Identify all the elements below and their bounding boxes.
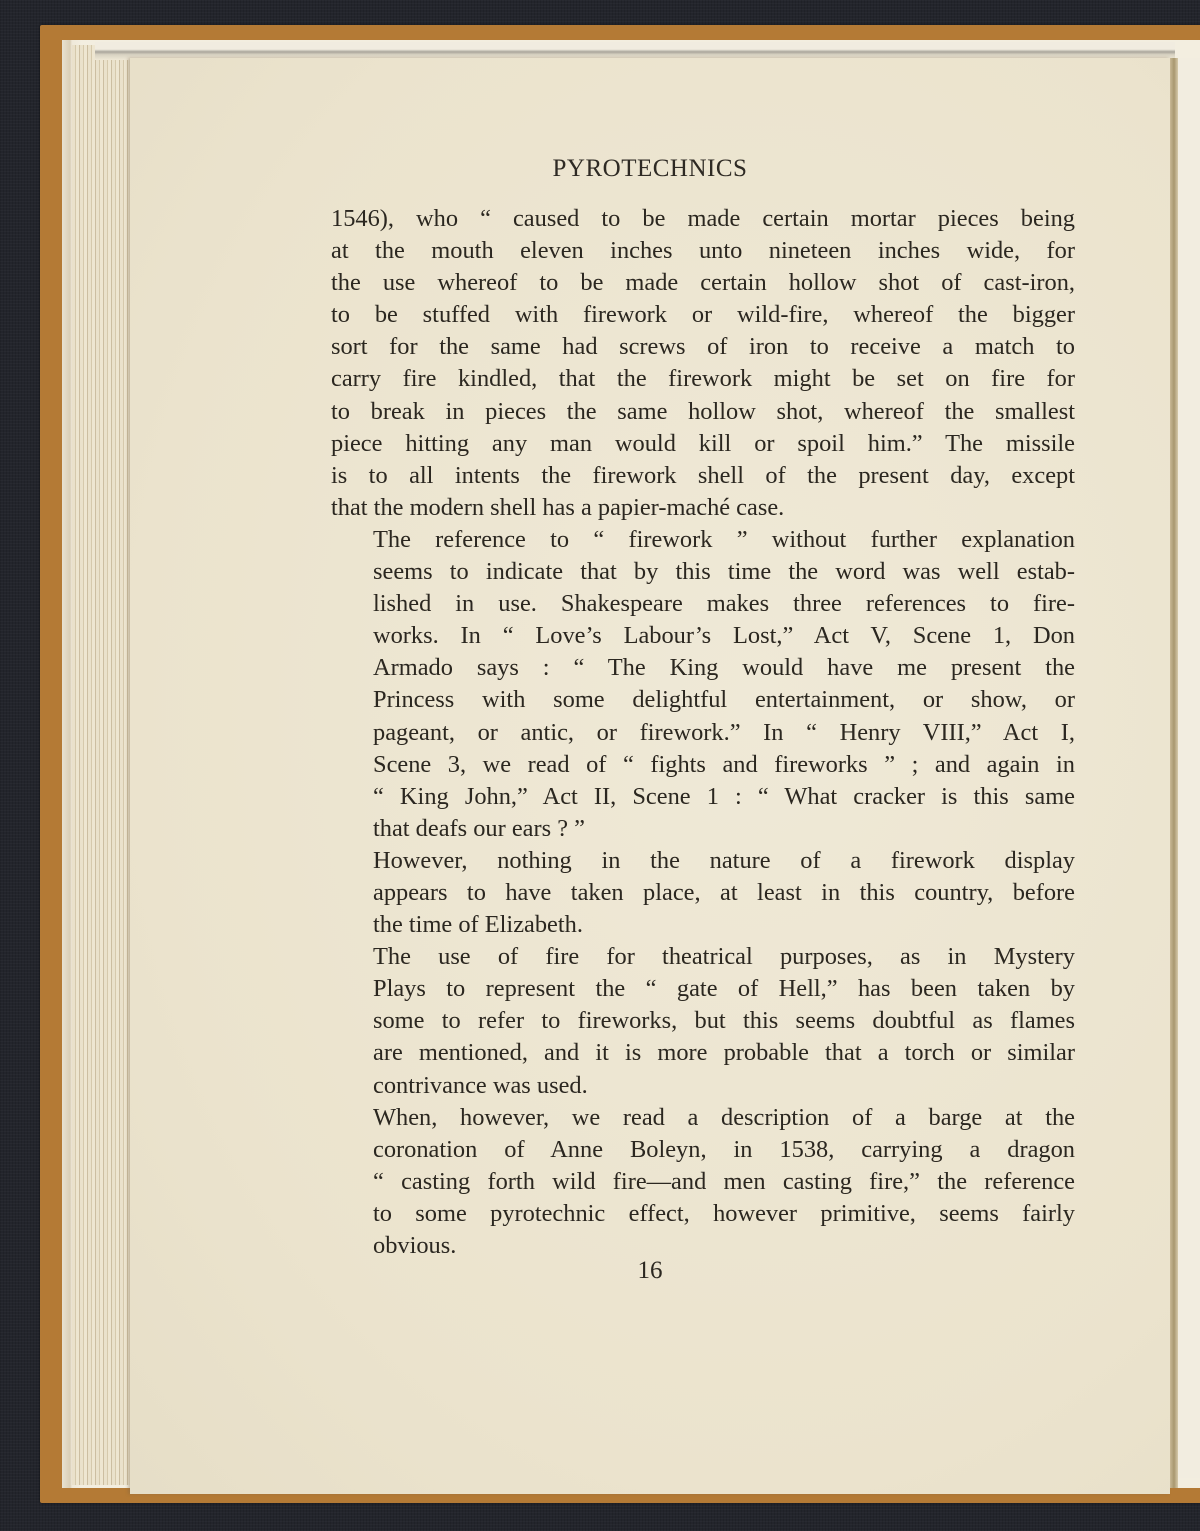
text-line: are mentioned, and it is more probable t… [331, 1037, 1075, 1069]
text-line: The reference to “ firework ” without fu… [331, 524, 1075, 556]
text-line: works. In “ Love’s Labour’s Lost,” Act V… [331, 620, 1075, 652]
text-line: pageant, or antic, or firework.” In “ He… [331, 717, 1075, 749]
facing-page-edge [1178, 58, 1200, 1478]
text-line: seems to indicate that by this time the … [331, 556, 1075, 588]
text-line: to some pyrotechnic effect, however prim… [331, 1198, 1075, 1230]
running-head: PYROTECHNICS [130, 155, 1170, 183]
text-line: sort for the same had screws of iron to … [331, 331, 1075, 363]
text-line: “ casting forth wild fire—and men castin… [331, 1166, 1075, 1198]
text-line: is to all intents the firework shell of … [331, 460, 1075, 492]
text-line: to break in pieces the same hollow shot,… [331, 396, 1075, 428]
text-line: contrivance was used. [331, 1070, 1075, 1102]
paragraph: When, however, we read a description of … [331, 1102, 1075, 1262]
text-line: The use of fire for theatrical purposes,… [331, 941, 1075, 973]
text-line: the use whereof to be made certain hollo… [331, 267, 1075, 299]
text-line: at the mouth eleven inches unto nineteen… [331, 235, 1075, 267]
text-line: piece hitting any man would kill or spoi… [331, 428, 1075, 460]
text-line: that deafs our ears ? ” [331, 813, 1075, 845]
text-line: coronation of Anne Boleyn, in 1538, carr… [331, 1134, 1075, 1166]
page-edges-left [72, 45, 130, 1485]
text-line: that the modern shell has a papier-maché… [331, 492, 1075, 524]
text-line: Plays to represent the “ gate of Hell,” … [331, 973, 1075, 1005]
paragraph: 1546), who “ caused to be made certain m… [331, 203, 1075, 524]
paragraph: The use of fire for theatrical purposes,… [331, 941, 1075, 1101]
page-gutter [1170, 58, 1178, 1488]
text-line: Armado says : “ The King would have me p… [331, 652, 1075, 684]
text-line: Princess with some delightful entertainm… [331, 684, 1075, 716]
body-text: 1546), who “ caused to be made certain m… [331, 203, 1075, 1262]
text-line: appears to have taken place, at least in… [331, 877, 1075, 909]
text-line: to be stuffed with firework or wild-fire… [331, 299, 1075, 331]
text-line: some to refer to fireworks, but this see… [331, 1005, 1075, 1037]
text-line: the time of Elizabeth. [331, 909, 1075, 941]
text-line: However, nothing in the nature of a fire… [331, 845, 1075, 877]
paragraph: However, nothing in the nature of a fire… [331, 845, 1075, 941]
text-line: carry fire kindled, that the firework mi… [331, 363, 1075, 395]
page-number: 16 [130, 1257, 1170, 1285]
text-line: When, however, we read a description of … [331, 1102, 1075, 1134]
text-line: Scene 3, we read of “ fights and firewor… [331, 749, 1075, 781]
text-line: 1546), who “ caused to be made certain m… [331, 203, 1075, 235]
text-line: “ King John,” Act II, Scene 1 : “ What c… [331, 781, 1075, 813]
text-line: lished in use. Shakespeare makes three r… [331, 588, 1075, 620]
paragraph: The reference to “ firework ” without fu… [331, 524, 1075, 845]
